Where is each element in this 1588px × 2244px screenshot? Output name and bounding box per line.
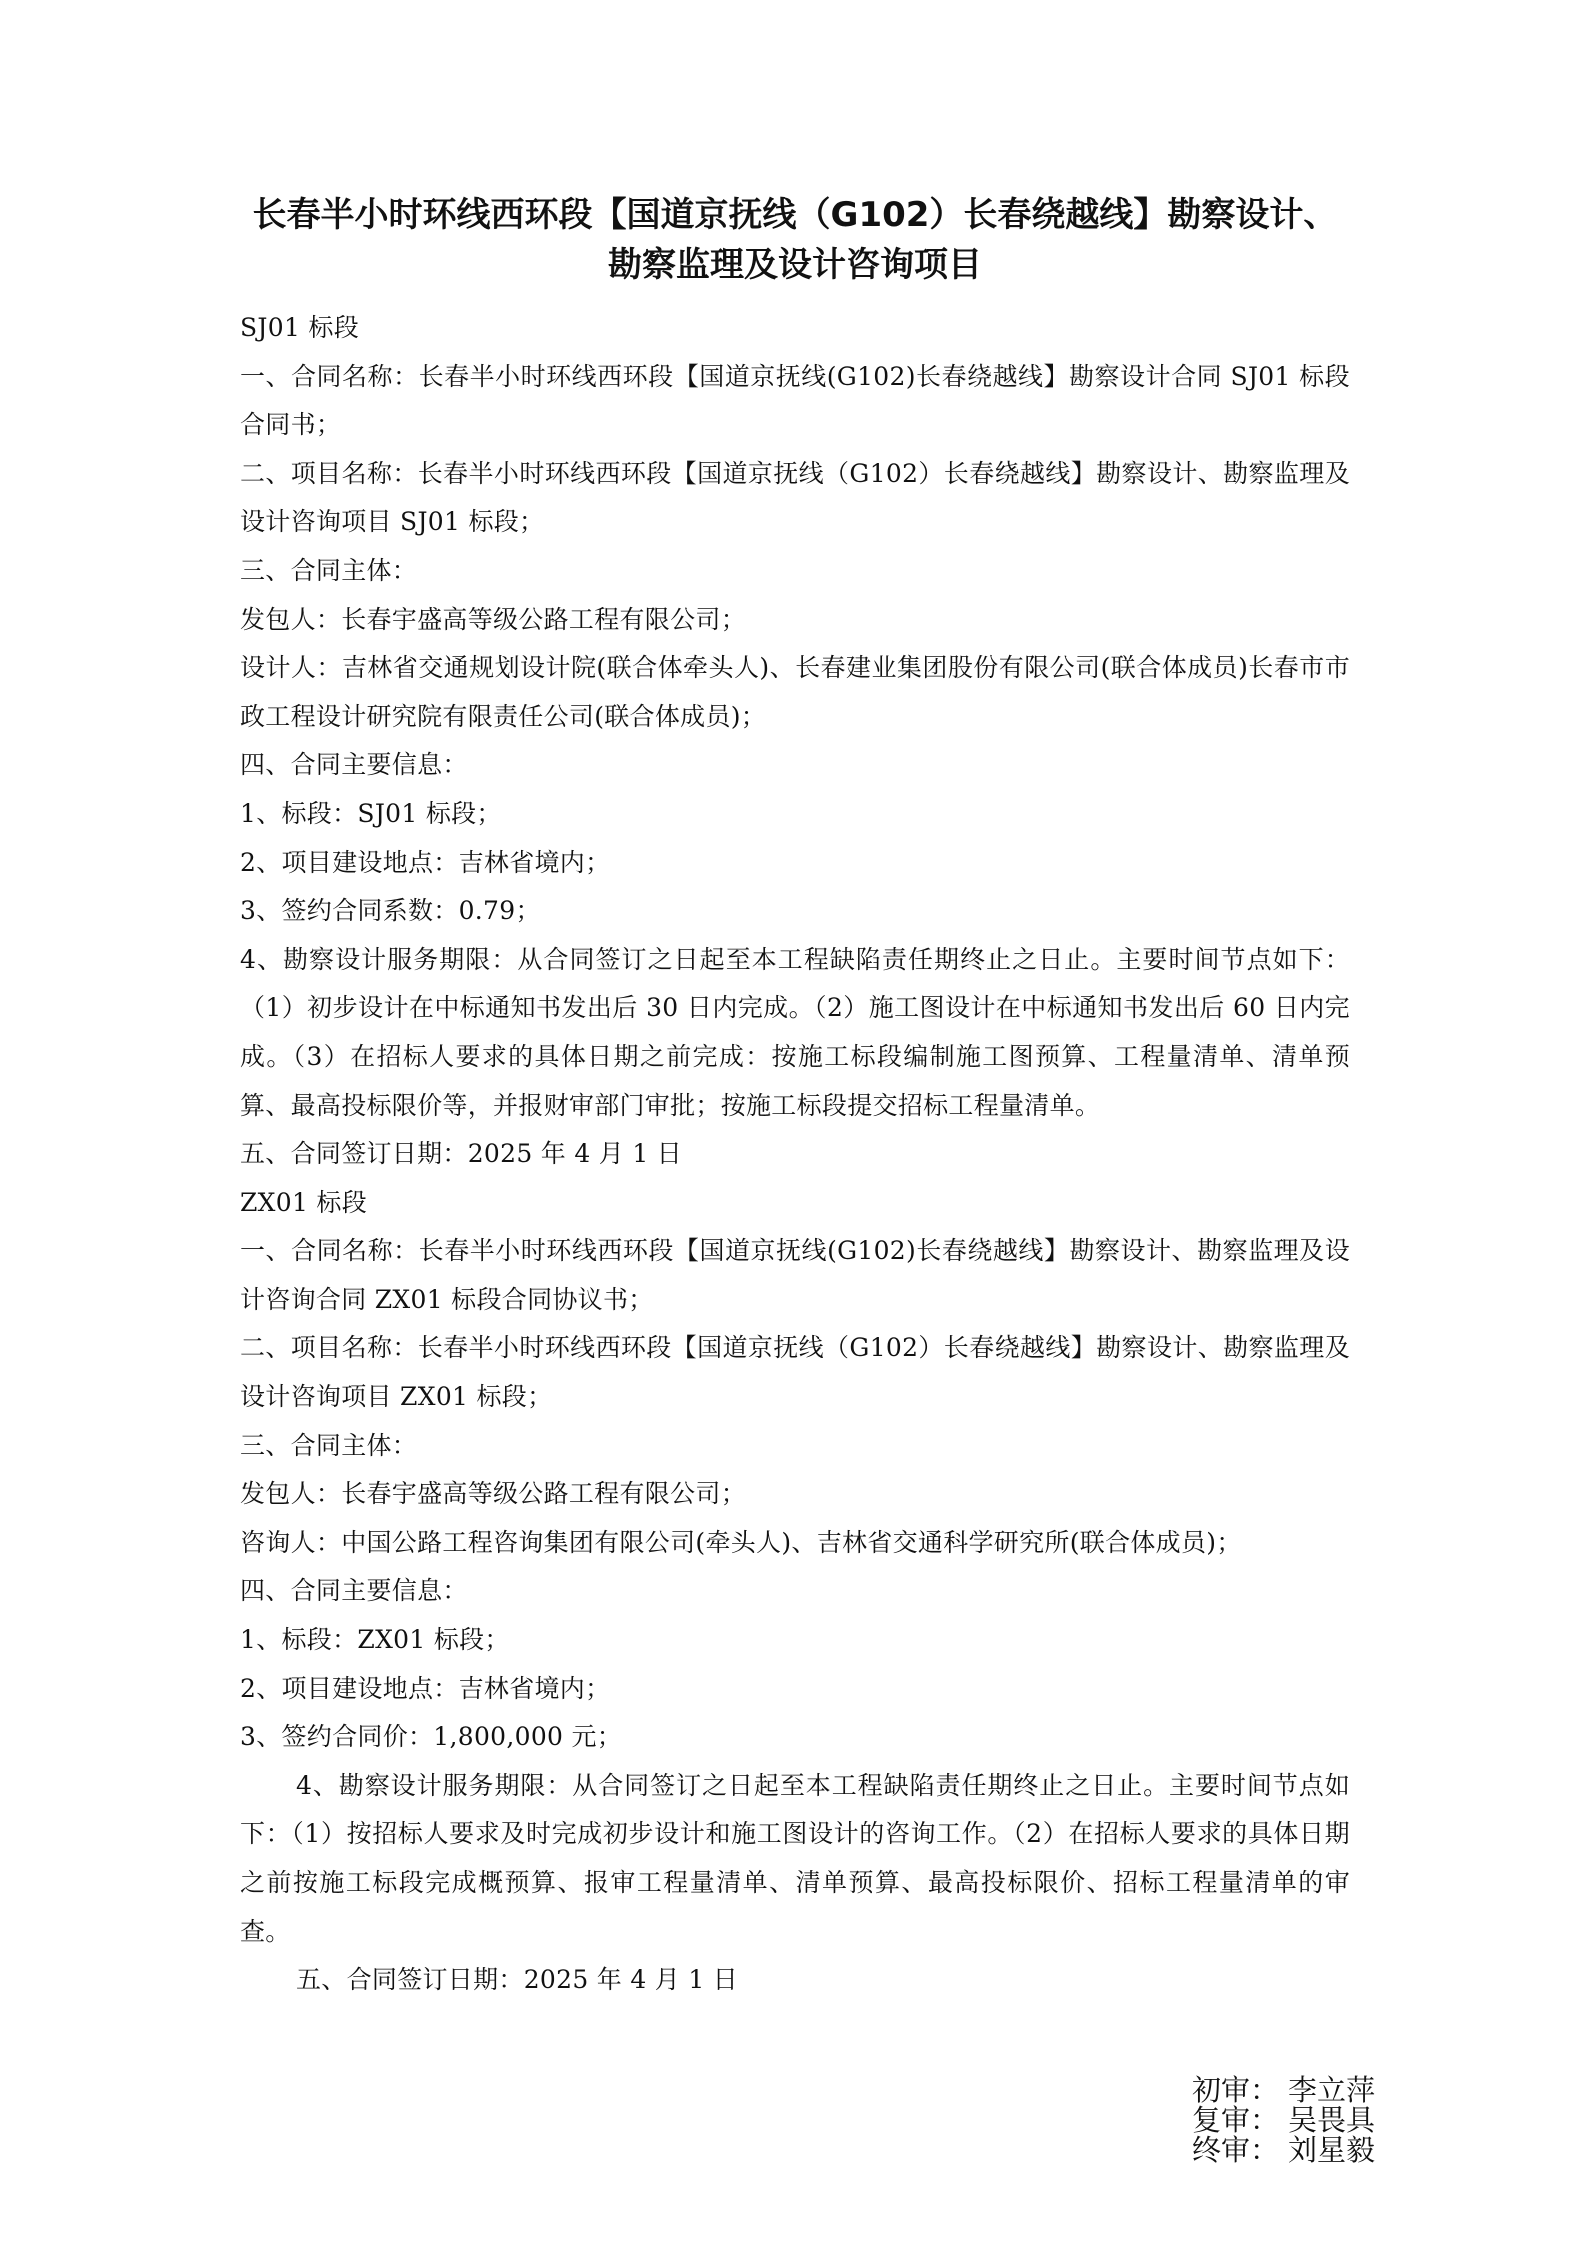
contract-parties-heading: 三、合同主体： (240, 547, 1350, 596)
project-name: 二、项目名称：长春半小时环线西环段【国道京抚线（G102）长春绕越线】勘察设计、… (240, 450, 1350, 547)
document-body: SJ01 标段 一、合同名称：长春半小时环线西环段【国道京抚线(G102)长春绕… (240, 304, 1350, 2005)
signoff-role: 初审： (1192, 2075, 1288, 2105)
signoff-name: 刘星毅 (1288, 2135, 1375, 2165)
employer: 发包人：长春宇盛高等级公路工程有限公司； (240, 596, 1350, 645)
bid-section: 1、标段：ZX01 标段； (240, 1616, 1350, 1665)
construction-location: 2、项目建设地点：吉林省境内； (240, 839, 1350, 888)
signoff-row-initial-review: 初审： 李立萍 (1192, 2075, 1375, 2105)
signing-date: 五、合同签订日期：2025 年 4 月 1 日 (240, 1130, 1350, 1179)
consultant: 咨询人：中国公路工程咨询集团有限公司(牵头人)、吉林省交通科学研究所(联合体成员… (240, 1519, 1350, 1568)
section-zx01: ZX01 标段 一、合同名称：长春半小时环线西环段【国道京抚线(G102)长春绕… (240, 1179, 1350, 2005)
contract-name: 一、合同名称：长春半小时环线西环段【国道京抚线(G102)长春绕越线】勘察设计合… (240, 353, 1350, 450)
document-title: 长春半小时环线西环段【国道京抚线（G102）长春绕越线】勘察设计、 勘察监理及设… (210, 190, 1380, 290)
signoff-name: 吴畏具 (1288, 2105, 1375, 2135)
employer: 发包人：长春宇盛高等级公路工程有限公司； (240, 1470, 1350, 1519)
signoff-name: 李立萍 (1288, 2075, 1375, 2105)
document-title-line-1: 长春半小时环线西环段【国道京抚线（G102）长春绕越线】勘察设计、 (210, 190, 1380, 240)
signoff-row-second-review: 复审： 吴畏具 (1192, 2105, 1375, 2135)
main-info-heading: 四、合同主要信息： (240, 1567, 1350, 1616)
section-sj01: SJ01 标段 一、合同名称：长春半小时环线西环段【国道京抚线(G102)长春绕… (240, 304, 1350, 1179)
construction-location: 2、项目建设地点：吉林省境内； (240, 1665, 1350, 1714)
service-period: 4、勘察设计服务期限：从合同签订之日起至本工程缺陷责任期终止之日止。主要时间节点… (240, 1762, 1350, 1956)
signing-date: 五、合同签订日期：2025 年 4 月 1 日 (240, 1956, 1350, 2005)
signoff-row-final-review: 终审： 刘星毅 (1192, 2135, 1375, 2165)
project-name: 二、项目名称：长春半小时环线西环段【国道京抚线（G102）长春绕越线】勘察设计、… (240, 1324, 1350, 1421)
section-label: ZX01 标段 (240, 1179, 1350, 1228)
document-title-line-2: 勘察监理及设计咨询项目 (210, 240, 1380, 290)
document-page: 长春半小时环线西环段【国道京抚线（G102）长春绕越线】勘察设计、 勘察监理及设… (240, 190, 1350, 2005)
section-label: SJ01 标段 (240, 304, 1350, 353)
service-period: 4、勘察设计服务期限：从合同签订之日起至本工程缺陷责任期终止之日止。主要时间节点… (240, 936, 1350, 1130)
contract-parties-heading: 三、合同主体： (240, 1422, 1350, 1471)
main-info-heading: 四、合同主要信息： (240, 741, 1350, 790)
designer: 设计人：吉林省交通规划设计院(联合体牵头人)、长春建业集团股份有限公司(联合体成… (240, 644, 1350, 741)
contract-coefficient: 3、签约合同系数：0.79； (240, 887, 1350, 936)
signoff-role: 终审： (1192, 2135, 1288, 2165)
contract-name: 一、合同名称：长春半小时环线西环段【国道京抚线(G102)长春绕越线】勘察设计、… (240, 1227, 1350, 1324)
contract-price: 3、签约合同价：1,800,000 元； (240, 1713, 1350, 1762)
signoff-role: 复审： (1192, 2105, 1288, 2135)
bid-section: 1、标段：SJ01 标段； (240, 790, 1350, 839)
review-signoff: 初审： 李立萍 复审： 吴畏具 终审： 刘星毅 (1192, 2075, 1375, 2165)
